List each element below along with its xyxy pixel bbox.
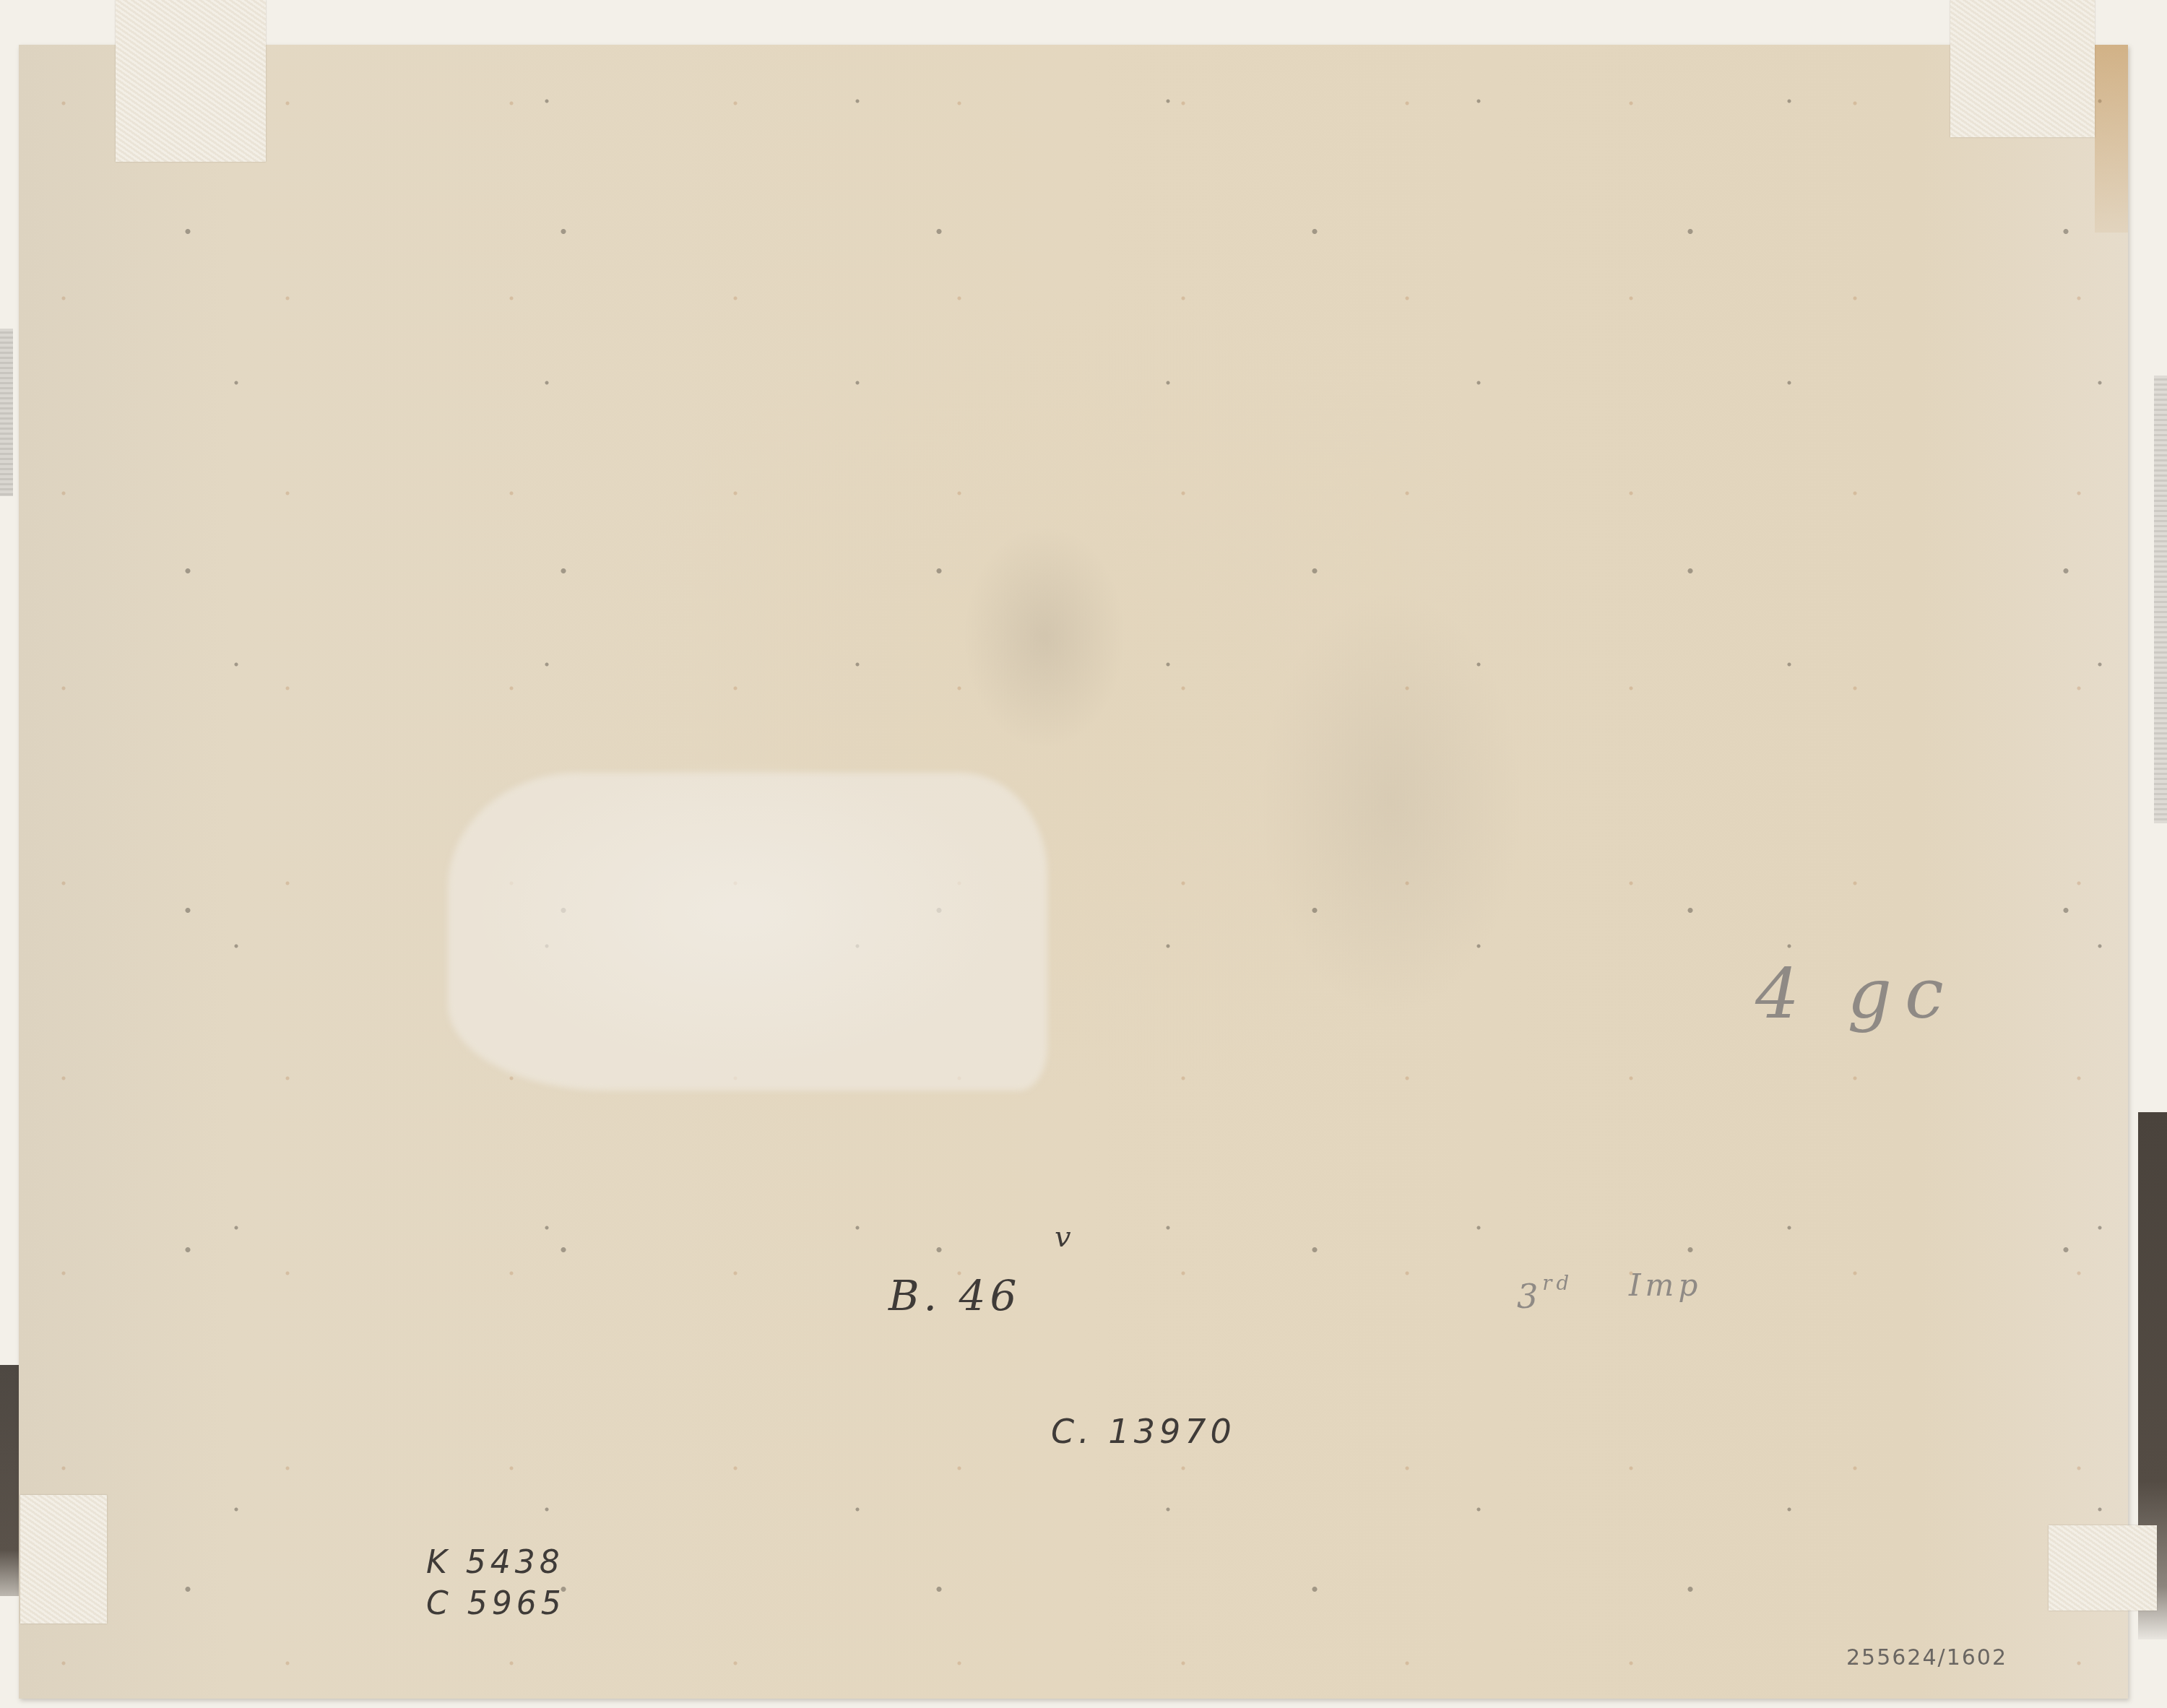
hinge-tape-bottom-left: [20, 1495, 107, 1624]
impression-number: 3: [1517, 1277, 1542, 1316]
fabric-strip-left: [0, 329, 13, 496]
inscription-k-number: K 5438: [426, 1544, 564, 1581]
hinge-tape-top-right: [1950, 0, 2095, 137]
pencil-tick-mark: v: [1055, 1221, 1076, 1254]
inscription-corner-note: 4 gc: [1755, 953, 1957, 1034]
inscription-bartsch-ref: B. 46: [888, 1271, 1021, 1320]
inscription-c-number: C 5965: [426, 1585, 566, 1622]
inscription-impression-word: Imp: [1629, 1267, 1702, 1303]
hinge-tape-bottom-right: [2049, 1525, 2157, 1611]
inscription-impression-state: 3rd: [1517, 1271, 1573, 1316]
fabric-strip-right: [2154, 376, 2167, 823]
impression-ordinal: rd: [1542, 1271, 1573, 1295]
abraded-light-patch: [448, 773, 1047, 1091]
hinge-tape-top-left: [116, 0, 266, 162]
inscription-inventory-number: 255624/1602: [1846, 1645, 2007, 1670]
edge-stain: [2095, 45, 2128, 233]
inscription-catalogue-c: C. 13970: [1051, 1412, 1236, 1451]
dark-backing-left: [0, 1365, 19, 1596]
